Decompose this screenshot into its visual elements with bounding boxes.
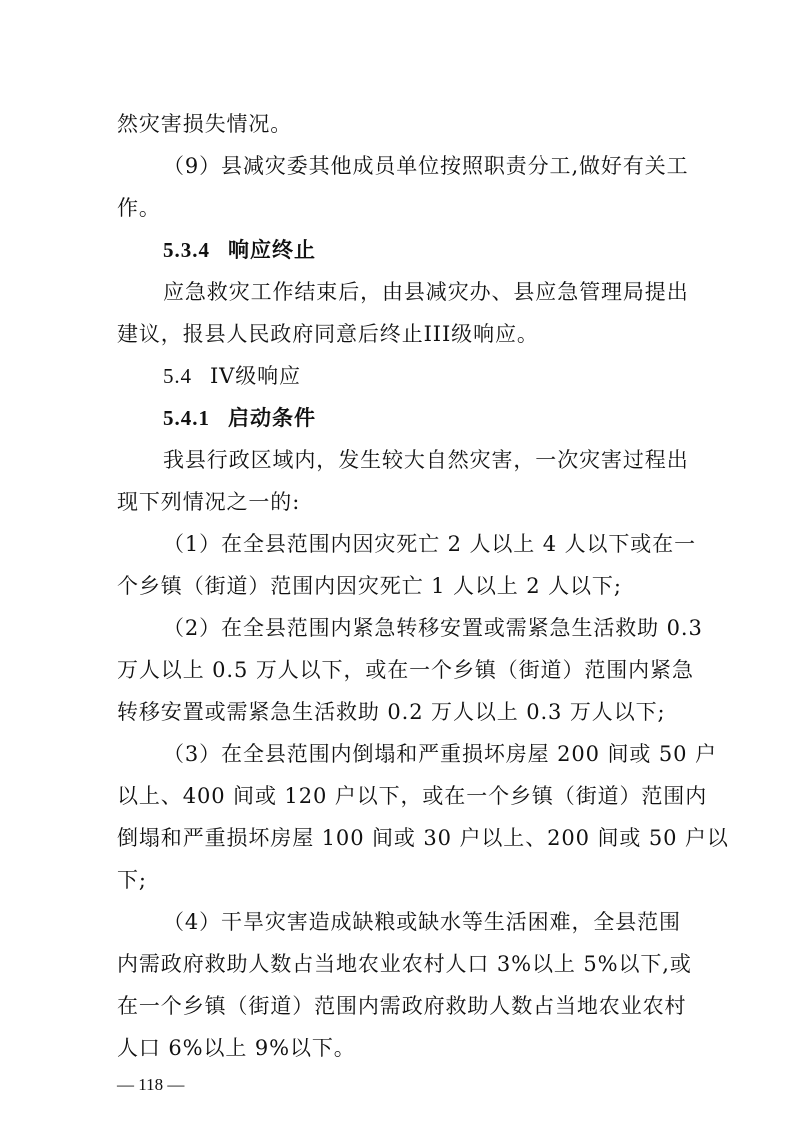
- paragraph-line: 应急救灾工作结束后，由县减灾办、县应急管理局提出: [163, 278, 677, 306]
- heading-number: 5.4.1: [163, 406, 210, 430]
- paragraph-line: 倒塌和严重损坏房屋 100 间或 30 户以上、200 间或 50 户以: [117, 824, 677, 852]
- heading-number: 5.4: [163, 364, 192, 388]
- paragraph-line: 下;: [117, 866, 677, 894]
- paragraph-line: 万人以上 0.5 万人以下，或在一个乡镇（街道）范围内紧急: [117, 656, 677, 684]
- paragraph-line: 个乡镇（街道）范围内因灾死亡 1 人以上 2 人以下;: [117, 572, 677, 600]
- paragraph-line: 然灾害损失情况。: [117, 110, 677, 138]
- paragraph-line: 人口 6%以上 9%以下。: [117, 1034, 677, 1062]
- heading-5-4: 5.4IV级响应: [163, 362, 677, 390]
- paragraph-line: 转移安置或需紧急生活救助 0.2 万人以上 0.3 万人以下;: [117, 698, 677, 726]
- heading-title: 响应终止: [228, 238, 316, 262]
- paragraph-line: 以上、400 间或 120 户以下，或在一个乡镇（街道）范围内: [117, 782, 677, 810]
- heading-title: 启动条件: [228, 406, 316, 430]
- paragraph-item-2: （2）在全县范围内紧急转移安置或需紧急生活救助 0.3: [163, 614, 677, 642]
- page-number: — 118 —: [117, 1074, 184, 1096]
- paragraph-line: 在一个乡镇（街道）范围内需政府救助人数占当地农业农村: [117, 992, 677, 1020]
- heading-number: 5.3.4: [163, 238, 210, 262]
- document-page: 然灾害损失情况。 （9）县减灾委其他成员单位按照职责分工,做好有关工 作。 5.…: [0, 0, 793, 1122]
- paragraph-line: 作。: [117, 194, 677, 222]
- heading-5-4-1: 5.4.1启动条件: [163, 404, 677, 432]
- heading-title: IV级响应: [210, 364, 301, 388]
- paragraph-line: 我县行政区域内，发生较大自然灾害，一次灾害过程出: [163, 446, 677, 474]
- heading-5-3-4: 5.3.4响应终止: [163, 236, 677, 264]
- paragraph-line: 现下列情况之一的:: [117, 488, 677, 516]
- paragraph-item-3: （3）在全县范围内倒塌和严重损坏房屋 200 间或 50 户: [163, 740, 677, 768]
- paragraph-item-9: （9）县减灾委其他成员单位按照职责分工,做好有关工: [163, 152, 677, 180]
- paragraph-item-4: （4）干旱灾害造成缺粮或缺水等生活困难，全县范围: [163, 908, 677, 936]
- paragraph-line: 内需政府救助人数占当地农业农村人口 3%以上 5%以下,或: [117, 950, 677, 978]
- paragraph-item-1: （1）在全县范围内因灾死亡 2 人以上 4 人以下或在一: [163, 530, 677, 558]
- paragraph-line: 建议，报县人民政府同意后终止III级响应。: [117, 320, 677, 348]
